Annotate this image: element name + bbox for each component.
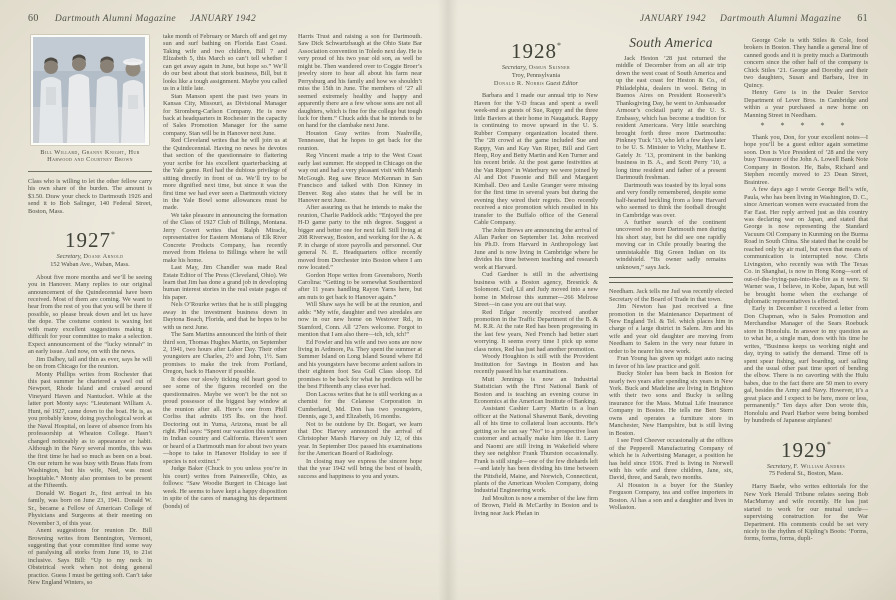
paragraph: George Cole is with Stiles & Cole, food … xyxy=(744,37,868,89)
column-4: 1928* Secretary, Osmun Skinner Troy, Pen… xyxy=(474,33,598,599)
paragraph: A few days ago I wrote George Bell’s wif… xyxy=(744,186,868,305)
class-1927-heading: 1927* xyxy=(28,224,152,251)
paragraph: Assistant Cashier Larry Martin is a loan… xyxy=(474,405,598,494)
paragraph-continuation: take month of February or March off and … xyxy=(163,33,287,93)
columns-right-page: 1928* Secretary, Osmun Skinner Troy, Pen… xyxy=(474,33,868,599)
paragraph: Cud Gardner is still in the advertising … xyxy=(474,271,598,308)
column-6-top-paragraphs: George Cole is with Stiles & Cole, food … xyxy=(744,37,868,119)
secretary-address: 152 Waban Ave., Waban, Mass. xyxy=(28,261,152,269)
paragraph: Early in December I received a letter fr… xyxy=(744,305,868,424)
paragraph: About five more months and we’ll be seei… xyxy=(28,274,152,356)
south-america-paragraphs: Jack Heston ’28 just returned the middle… xyxy=(616,55,726,271)
class-1928-heading: 1928* xyxy=(474,35,598,62)
photo-caption: Bill Willard, Granny Knight, Hub Harwood… xyxy=(28,149,152,164)
paragraph: Nels O’Rourke writes that he is still pl… xyxy=(163,301,287,331)
secretary-address: 75 Federal St., Boston, Mass. xyxy=(744,470,868,478)
guest-editor-label: Guest Editor xyxy=(546,80,578,87)
paragraph: Reg Vincent made a trip to the West Coas… xyxy=(298,152,422,204)
paragraph: Fran Young has given up midget auto raci… xyxy=(609,355,733,370)
paragraph: Red Cleveland writes that he will join u… xyxy=(163,137,287,212)
magazine-spread: 60 Dartmouth Alumni Magazine JANUARY 194… xyxy=(0,0,896,600)
secretary-label: Secretary, xyxy=(767,463,792,470)
magazine-title: Dartmouth Alumni Magazine xyxy=(720,14,841,24)
column-2-paragraphs: Stan Manson spent the past two years in … xyxy=(163,93,287,510)
paragraph: Not to be outdone by Dr. Bogart, we lear… xyxy=(298,421,422,458)
column-3: Harris Trust and raising a son for Dartm… xyxy=(298,33,422,599)
paragraph: Henry Gere is in the Dealer Service Depa… xyxy=(744,89,868,119)
paragraph: Jim Newton has just received a fine prom… xyxy=(609,303,733,355)
column-1-paragraphs: About five more months and we’ll be seei… xyxy=(28,274,152,587)
class-year-star: * xyxy=(827,440,831,449)
paragraph: It does our slowly ticking old heart goo… xyxy=(163,376,287,465)
paragraph-continuation: Harris Trust and raising a son for Dartm… xyxy=(298,33,422,130)
paragraph: Barbara and I made our annual trip to Ne… xyxy=(474,92,598,226)
paragraph: Gordon Hope writes from Greensboro, Nort… xyxy=(298,272,422,302)
feature-end-rule xyxy=(609,277,733,283)
paragraph: Houston Gray writes from Nashville, Tenn… xyxy=(298,130,422,152)
secretary-name: Osmun Skinner xyxy=(529,64,571,71)
paragraph: After assuring us that he intends to mak… xyxy=(298,204,422,271)
paragraph: Jud Moulton is now a member of the law f… xyxy=(474,495,598,517)
paragraph: Judge Baker (Chuck to you unless you’re … xyxy=(163,465,287,510)
paragraph: Woody Houghton is still with the Provide… xyxy=(474,353,598,375)
page-61: JANUARY 1942 Dartmouth Alumni Magazine 6… xyxy=(448,0,896,600)
paragraph: Thank you, Don, for your excellent notes… xyxy=(744,134,868,186)
column-6: George Cole is with Stiles & Cole, food … xyxy=(744,33,868,599)
magazine-title: Dartmouth Alumni Magazine xyxy=(55,14,176,24)
paragraph: Stan Manson spent the past two years in … xyxy=(163,93,287,138)
guest-editor-name: Donald R. Norris xyxy=(494,80,544,87)
secretary-label: Secretary, xyxy=(502,64,527,71)
column-5-paragraphs: Jim Newton has just received a fine prom… xyxy=(609,303,733,512)
running-head-right: JANUARY 1942 Dartmouth Alumni Magazine 6… xyxy=(474,13,868,24)
paragraph: Monty Phillips writes from Rochester tha… xyxy=(28,371,152,490)
class-year-star: * xyxy=(557,41,561,50)
issue-date: JANUARY 1942 xyxy=(640,14,706,24)
paragraph: Jim Dalbey, tall and thin as ever, says … xyxy=(28,356,152,371)
paragraph: Al Houston is a buyer for the Stanley Fe… xyxy=(609,482,733,512)
paragraph: Don Lacoss writes that he is still worki… xyxy=(298,391,422,421)
secretary-name: Doane Arnold xyxy=(83,253,123,260)
class-1928-secretary-block: Secretary, Osmun Skinner Troy, Pennsylva… xyxy=(474,64,598,87)
paragraph: Will Shaw says he will be at the reunion… xyxy=(298,301,422,338)
paragraph: Jack Heston ’28 just returned the middle… xyxy=(616,55,726,182)
caption-rule xyxy=(28,171,152,172)
column-2: take month of February or March off and … xyxy=(163,33,287,599)
paragraph-continuation: Needham. Jack tells me Jud was recently … xyxy=(609,288,733,303)
class-year-star: * xyxy=(111,230,115,239)
paragraph: Ed Fowler and his wife and two sons are … xyxy=(298,339,422,391)
paragraph: A further search of the continent uncove… xyxy=(616,219,726,271)
class-1927-secretary-block: Secretary, Doane Arnold 152 Waban Ave., … xyxy=(28,253,152,269)
class-year: 1927 xyxy=(65,228,111,252)
south-america-title: South America xyxy=(616,35,726,50)
stars-separator: * * * * * xyxy=(744,121,868,131)
paragraph: The Sam Martins announced the birth of t… xyxy=(163,331,287,376)
secretary-city: Troy, Pennsylvania xyxy=(474,72,598,80)
class-year: 1928 xyxy=(511,39,557,63)
south-america-feature: South America Jack Heston ’28 just retur… xyxy=(609,35,733,271)
column-4-paragraphs: Barbara and I made our annual trip to Ne… xyxy=(474,92,598,517)
issue-date: JANUARY 1942 xyxy=(190,14,256,24)
columns-left-page: Bill Willard, Granny Knight, Hub Harwood… xyxy=(28,33,422,599)
page-number: 61 xyxy=(857,13,868,24)
paragraph: We take pleasure in announcing the forma… xyxy=(163,212,287,264)
paragraph: Mutt Jennings is now an Industrial Stati… xyxy=(474,376,598,406)
secretary-name: F. William Andres xyxy=(794,463,846,470)
paragraph: Donald W. Bogart Jr., first arrival in h… xyxy=(28,490,152,527)
class-1929-secretary-block: Secretary, F. William Andres 75 Federal … xyxy=(744,463,868,479)
paragraph: In closing may we express the sincere ho… xyxy=(298,458,422,480)
photo-illustration xyxy=(33,37,145,143)
page-60: 60 Dartmouth Alumni Magazine JANUARY 194… xyxy=(0,0,448,600)
paragraph: Last May, Jim Chandler was made Real Est… xyxy=(163,264,287,301)
paragraph: Harry Baehr, who writes editorials for t… xyxy=(744,483,868,543)
class-year: 1929 xyxy=(781,438,827,462)
column-6-bottom-paragraphs: Harry Baehr, who writes editorials for t… xyxy=(744,483,868,543)
paragraph: Bucky Stoler has been back in Boston for… xyxy=(609,370,733,437)
paragraph-continuation-1926: Class who is willing to let the other fe… xyxy=(28,178,152,215)
column-5: South America Jack Heston ’28 just retur… xyxy=(609,33,733,599)
paragraph: I see Fred Cheever occasionally at the o… xyxy=(609,437,733,482)
column-6-mid-paragraphs: Thank you, Don, for your excellent notes… xyxy=(744,134,868,425)
group-photo xyxy=(31,35,149,145)
page-number: 60 xyxy=(28,13,39,24)
column-3-paragraphs: Houston Gray writes from Nashville, Tenn… xyxy=(298,130,422,480)
class-1929-heading: 1929* xyxy=(744,434,868,461)
running-head-left: 60 Dartmouth Alumni Magazine JANUARY 194… xyxy=(28,13,422,24)
paragraph: Red Edgar recently received another prom… xyxy=(474,309,598,354)
paragraph: The John Brews are announcing the arriva… xyxy=(474,227,598,272)
paragraph: Anent suggestions for reunion Dr. Bill B… xyxy=(28,527,152,587)
column-1: Bill Willard, Granny Knight, Hub Harwood… xyxy=(28,33,152,599)
paragraph: Dartmouth was toasted by its loyal sons … xyxy=(616,182,726,219)
secretary-label: Secretary, xyxy=(57,253,82,260)
